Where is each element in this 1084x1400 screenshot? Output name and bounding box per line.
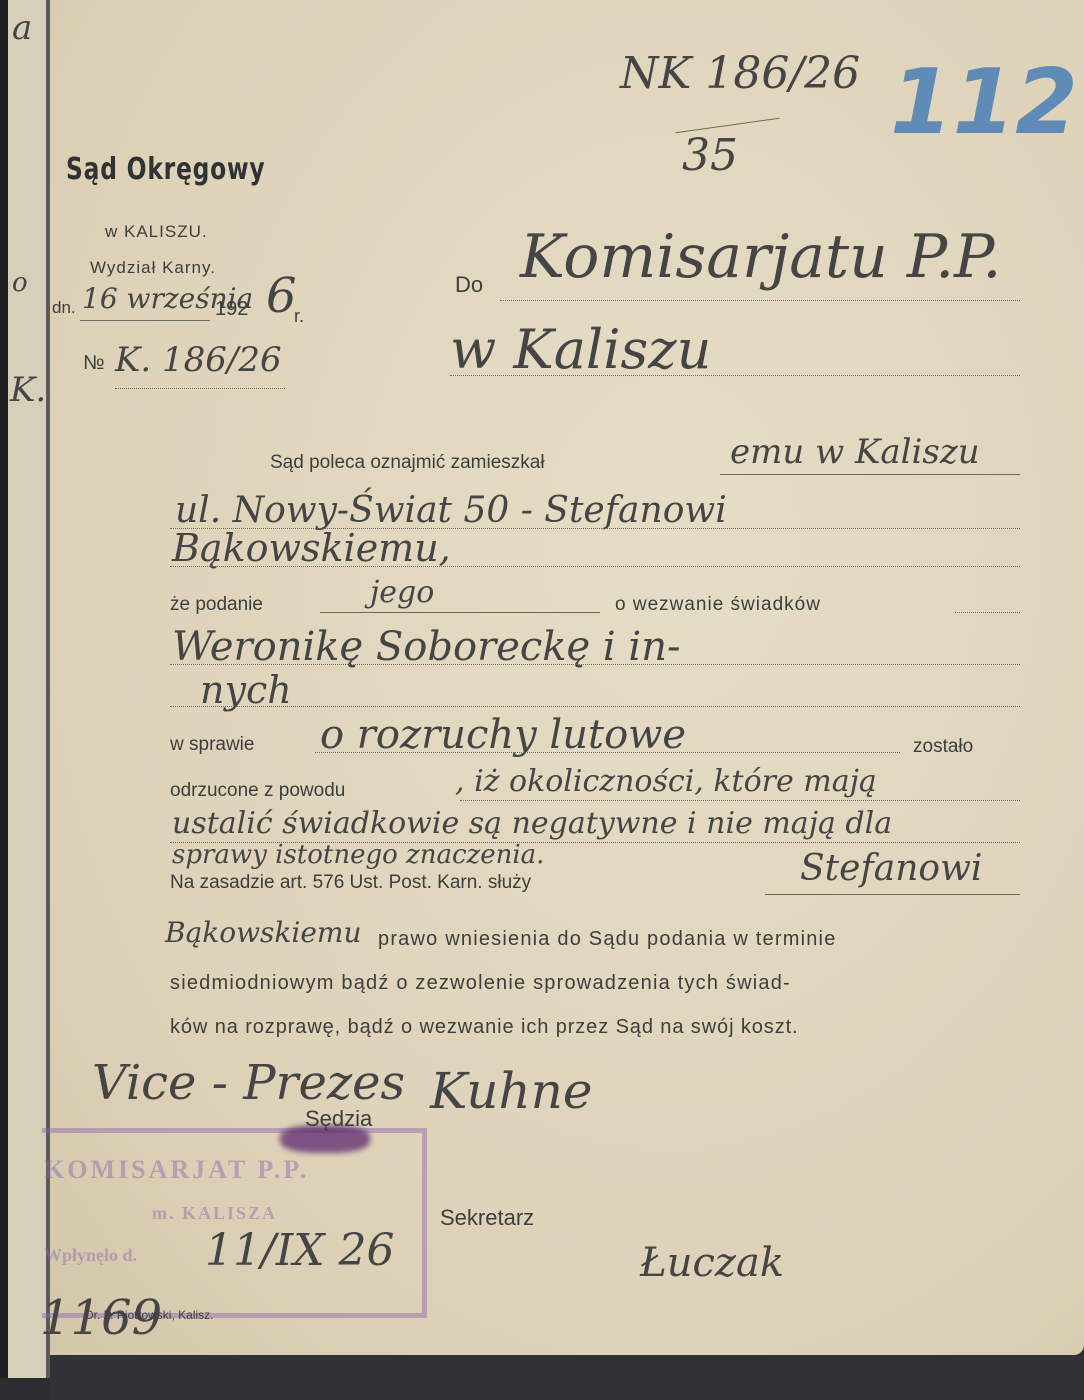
handwritten-entry: Bąkowskiemu, bbox=[172, 526, 451, 570]
judge-label: Sędzia bbox=[305, 1106, 372, 1132]
page-shadow bbox=[50, 1355, 1084, 1400]
court-name: Sąd Okręgowy bbox=[66, 152, 265, 187]
margin-note: K. bbox=[10, 370, 46, 410]
handwritten-entry: Stefanowi bbox=[800, 848, 982, 889]
addressee-line1-rule bbox=[500, 300, 1020, 301]
body-text: że podanie bbox=[170, 594, 263, 616]
handwritten-entry: , iż okoliczności, które mają bbox=[455, 764, 877, 799]
body-text: siedmiodniowym bądź o zezwolenie sprowad… bbox=[170, 972, 791, 995]
secretary-signature: Łuczak bbox=[640, 1240, 784, 1286]
year-printed: 192 bbox=[215, 298, 248, 321]
handwritten-entry: sprawy istotnego znaczenia. bbox=[172, 840, 544, 870]
handwritten-entry: ustalić świadkowie są negatywne i nie ma… bbox=[172, 806, 892, 841]
addressee-line2-rule bbox=[450, 375, 1020, 376]
court-city: w KALISZU. bbox=[105, 222, 208, 242]
form-rule bbox=[170, 706, 1020, 707]
margin-note: a bbox=[12, 8, 32, 48]
received-date: 11/IX 26 bbox=[205, 1225, 395, 1276]
case-number: K. 186/26 bbox=[115, 340, 282, 380]
body-text: odrzucone z powodu bbox=[170, 780, 345, 802]
date-prefix: dn. bbox=[52, 298, 76, 318]
form-rule bbox=[320, 612, 600, 613]
stamp-line3: Wpłynęło d. bbox=[44, 1245, 137, 1266]
form-rule bbox=[765, 894, 1020, 895]
court-division: Wydział Karny. bbox=[90, 258, 216, 278]
form-rule bbox=[170, 664, 1020, 665]
handwritten-entry: jego bbox=[370, 575, 434, 610]
form-rule bbox=[460, 800, 1020, 801]
handwritten-entry: ul. Nowy-Świat 50 - Stefanowi bbox=[175, 490, 727, 531]
body-text: ków na rozprawę, bądź o wezwanie ich prz… bbox=[170, 1016, 799, 1039]
form-rule bbox=[315, 752, 900, 753]
body-text: w sprawie bbox=[170, 734, 254, 756]
handwritten-entry: Bąkowskiemu bbox=[165, 916, 362, 949]
addressee-line2: w Kaliszu bbox=[450, 318, 711, 381]
form-rule bbox=[955, 612, 1020, 613]
body-text: o wezwanie świadków bbox=[615, 594, 821, 616]
body-text: Na zasadzie art. 576 Ust. Post. Karn. sł… bbox=[170, 872, 531, 894]
stamp-line2: m. KALISZA bbox=[152, 1203, 277, 1224]
archive-ref-bottom: 35 bbox=[682, 130, 738, 181]
archive-ref-top: NK 186/26 bbox=[620, 48, 860, 99]
printer-imprint: Dr. P. Piotrowski, Kalisz. bbox=[85, 1308, 213, 1322]
handwritten-entry: emu w Kaliszu bbox=[730, 432, 980, 472]
archive-blue-number: 112 bbox=[890, 50, 1078, 155]
addressee-line1: Komisarjatu P.P. bbox=[520, 222, 1001, 292]
date-line bbox=[80, 320, 210, 321]
addressee-prefix: Do bbox=[455, 272, 483, 298]
year-suffix: r. bbox=[294, 306, 304, 327]
secretary-label: Sekretarz bbox=[440, 1205, 534, 1231]
form-rule bbox=[170, 566, 1020, 567]
body-text: prawo wniesienia do Sądu podania w termi… bbox=[378, 928, 837, 951]
form-rule bbox=[720, 474, 1020, 475]
stamp-title: KOMISARJAT P.P. bbox=[44, 1155, 309, 1185]
judge-signature: Kuhne bbox=[430, 1062, 592, 1120]
margin-note: o bbox=[12, 268, 28, 298]
body-text: zostało bbox=[913, 736, 973, 758]
judge-title-handwritten: Vice - Prezes bbox=[92, 1055, 405, 1111]
year-handwritten: 6 bbox=[266, 268, 297, 324]
body-text: Sąd poleca oznajmić zamieszkał bbox=[270, 452, 545, 474]
number-line bbox=[115, 388, 285, 389]
number-prefix: № bbox=[83, 352, 104, 375]
